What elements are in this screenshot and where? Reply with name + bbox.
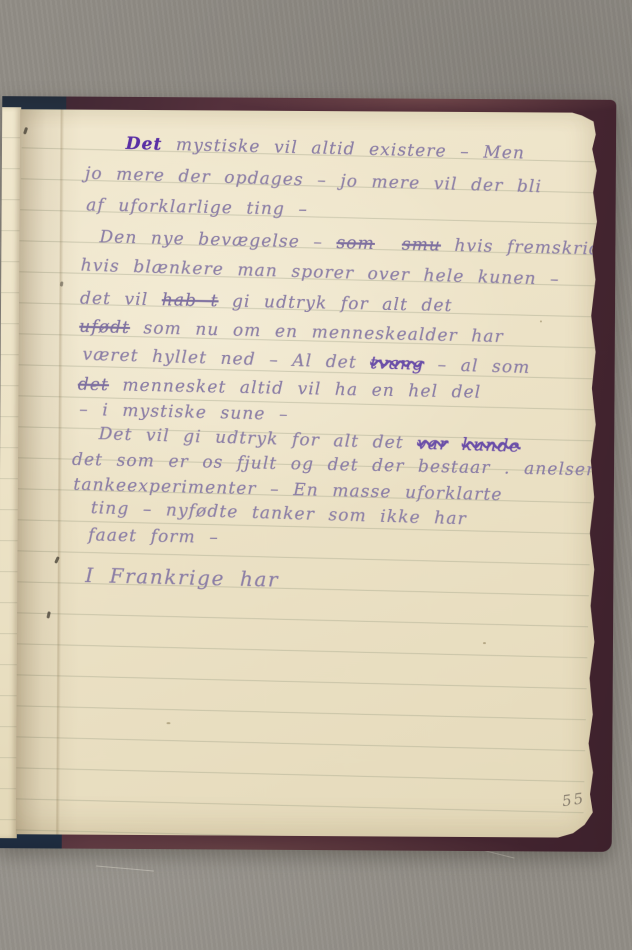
handwriting-segment: gi udtryk for alt det [218,291,452,316]
handwriting-line: af uforklarlige ting – [86,193,308,221]
handwriting-segment: mystiske vil altid existere – Men [162,135,525,164]
struck-word: kunde [462,435,521,457]
photograph-background: Det mystiske vil altid existere – Men jo… [0,0,632,950]
handwriting-segment: mennesket altid vil ha en hel del [109,375,482,402]
handwriting-segment: det vil [80,289,162,311]
handwriting-segment: som nu om en menneskealder har [130,318,504,347]
notebook-page: Det mystiske vil altid existere – Men jo… [16,109,598,838]
struck-word: smu [402,235,442,256]
handwriting-segment: I Frankrige har [85,563,279,592]
paper-speck [483,642,486,644]
paper-speck [166,722,170,724]
handwriting-segment [448,435,462,455]
handwriting-segment [375,234,402,255]
handwriting-line: faaet form – [88,523,219,550]
handwriting-segment: jo mere der opdages – jo mere vil der bl… [85,164,543,198]
handwriting-segment: Den nye bevægelse – [99,227,336,253]
handwriting-line: jo mere der opdages – jo mere vil der bl… [85,162,543,200]
struck-word: hab t [162,290,219,311]
struck-word: tvang [370,353,424,375]
manuscript-text: Det mystiske vil altid existere – Men jo… [5,106,601,845]
handwriting-line: Det mystiske vil altid existere – Men [125,132,525,166]
handwriting-segment: hvis blænkere man sporer over hele kunen… [80,256,560,290]
paper-speck [540,320,542,322]
struck-word: var [417,434,449,455]
handwriting-line: I Frankrige har [85,563,279,592]
handwriting-segment: Det [126,134,163,155]
handwriting-segment: – al som [424,355,531,378]
ruled-paper: Det mystiske vil altid existere – Men jo… [5,106,601,845]
struck-word: som [336,233,375,254]
handwriting-segment: – i mystiske sune – [79,400,289,425]
gutter-shadow [16,109,90,834]
notebook: Det mystiske vil altid existere – Men jo… [0,96,616,852]
handwriting-segment: hvis fremskridt [441,236,609,260]
handwriting-line: det vil hab t gi udtryk for alt det [80,287,453,318]
handwriting-segment: været hyllet ned – Al det [82,345,370,374]
handwriting-segment: faaet form – [88,525,219,548]
handwriting-segment: af uforklarlige ting – [86,195,308,219]
page-number: 55 [561,789,587,810]
handwriting-line: hvis blænkere man sporer over hele kunen… [80,254,560,292]
background-scratch [96,865,154,871]
